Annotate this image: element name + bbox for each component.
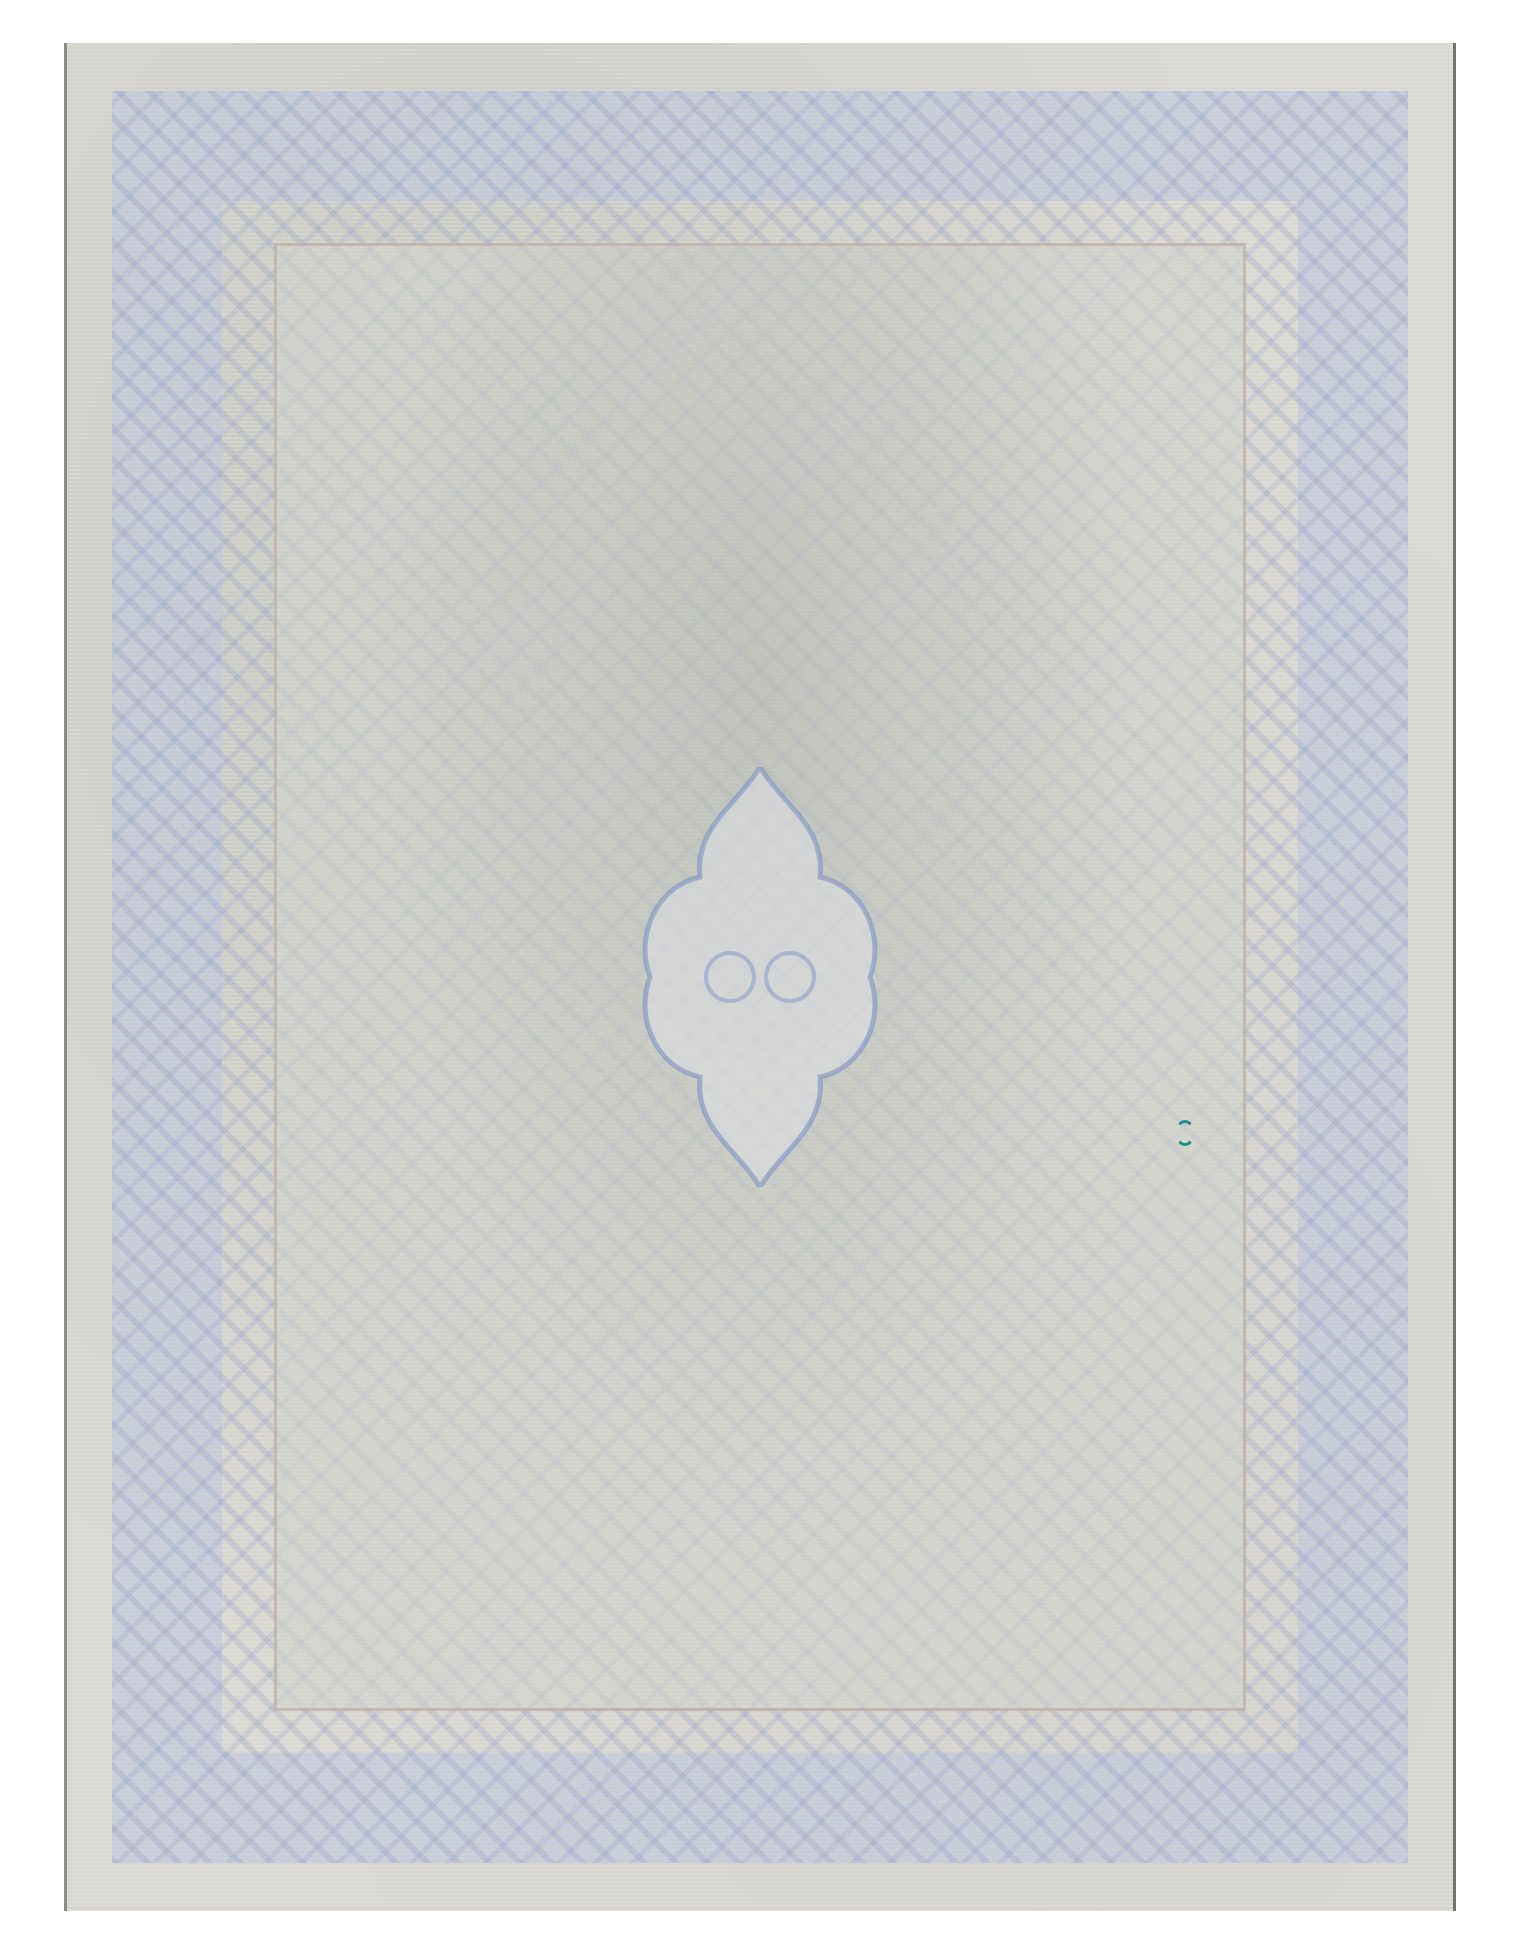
medallion-icon bbox=[635, 767, 885, 1187]
rug bbox=[64, 43, 1456, 1911]
rug-inner-field bbox=[274, 243, 1246, 1711]
teal-stain bbox=[1175, 1120, 1195, 1146]
